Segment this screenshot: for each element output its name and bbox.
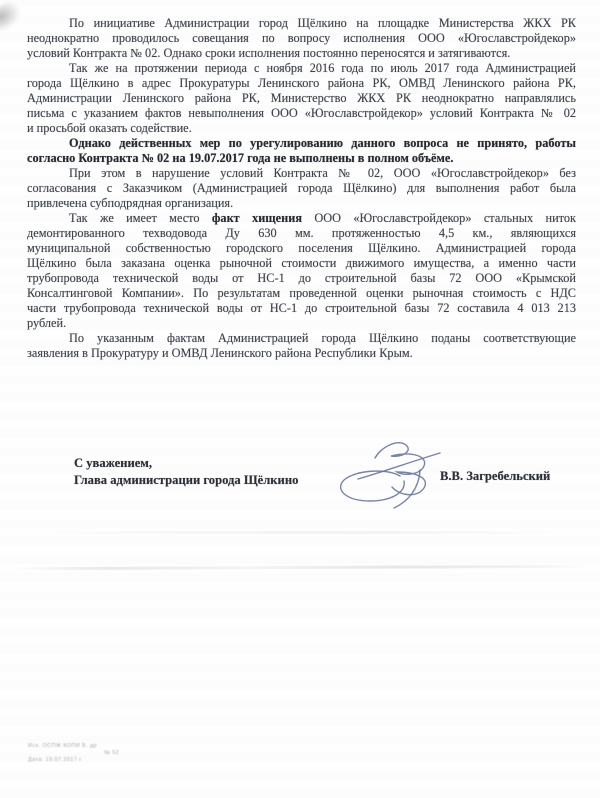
text-line: города Щёлкино в адрес Прокуратуры Ленин… — [27, 76, 576, 91]
text-line: По указанным фактам Администрацией город… — [27, 331, 576, 346]
text-line: заявления в Прокуратуру и ОМВД Ленинског… — [27, 346, 576, 361]
footer-stamp-line: Исх. ОСПЖ КОПИ Б. др — [28, 743, 119, 750]
text-line: Так же имеет место факт хищения ООО «Юго… — [27, 211, 576, 226]
text-line: демонтированного техводовода Ду 630 мм. … — [27, 226, 576, 241]
text-line: Администрации Ленинского района РК, Мини… — [27, 91, 576, 106]
text-line: неоднократно проводилось совещания по во… — [27, 31, 576, 46]
document-body: По инициативе Администрации город Щёлкин… — [27, 16, 576, 361]
closing-salutation: С уважением, — [74, 455, 298, 472]
text-line: муниципальной собственностью городского … — [27, 241, 576, 256]
text-line: Так же на протяжении периода с ноября 20… — [27, 61, 576, 76]
closing-title: Глава администрации города Щёлкино — [74, 472, 298, 489]
signer-name: В.В. Загребельский — [440, 469, 550, 484]
text-line: При этом в нарушение условий Контракта №… — [27, 166, 576, 181]
text-line: трубопровода технической воды от НС-1 до… — [27, 271, 576, 286]
text-line: рублей. — [27, 316, 576, 331]
text-line: части трубопровода технической воды от Н… — [27, 301, 576, 316]
closing-block: С уважением, Глава администрации города … — [74, 455, 298, 488]
text-line: Щёлкино была заказана оценка рыночной ст… — [27, 256, 576, 271]
footer-stamp-line: № 52 — [104, 750, 119, 757]
text-line: письма с указанием фактов невыполнения О… — [27, 106, 576, 121]
text-line: Однако действенных мер по урегулированию… — [27, 136, 576, 151]
text-line: По инициативе Администрации город Щёлкин… — [27, 16, 576, 31]
scan-smudge-artifact — [0, 0, 26, 34]
scanned-letter-page: По инициативе Администрации город Щёлкин… — [0, 0, 600, 798]
footer-stamp-line: Дата: 19.07.2017 г. — [28, 757, 119, 764]
text-line: привлечена субподрядная организация. — [27, 196, 576, 211]
text-line: условий Контракта № 02. Однако сроки исп… — [27, 46, 576, 61]
scan-streak-artifact — [0, 531, 600, 534]
scan-streak-artifact — [0, 565, 600, 571]
text-line: согласно Контракта № 02 на 19.07.2017 го… — [27, 151, 576, 166]
text-line: Консалтинговой Компании». По результатам… — [27, 286, 576, 301]
footer-stamp: Исх. ОСПЖ КОПИ Б. др № 52 Дата: 19.07.20… — [28, 743, 119, 763]
text-line: и просьбой оказать содействие. — [27, 121, 576, 136]
text-line: согласования с Заказчиком (Администрацие… — [27, 181, 576, 196]
